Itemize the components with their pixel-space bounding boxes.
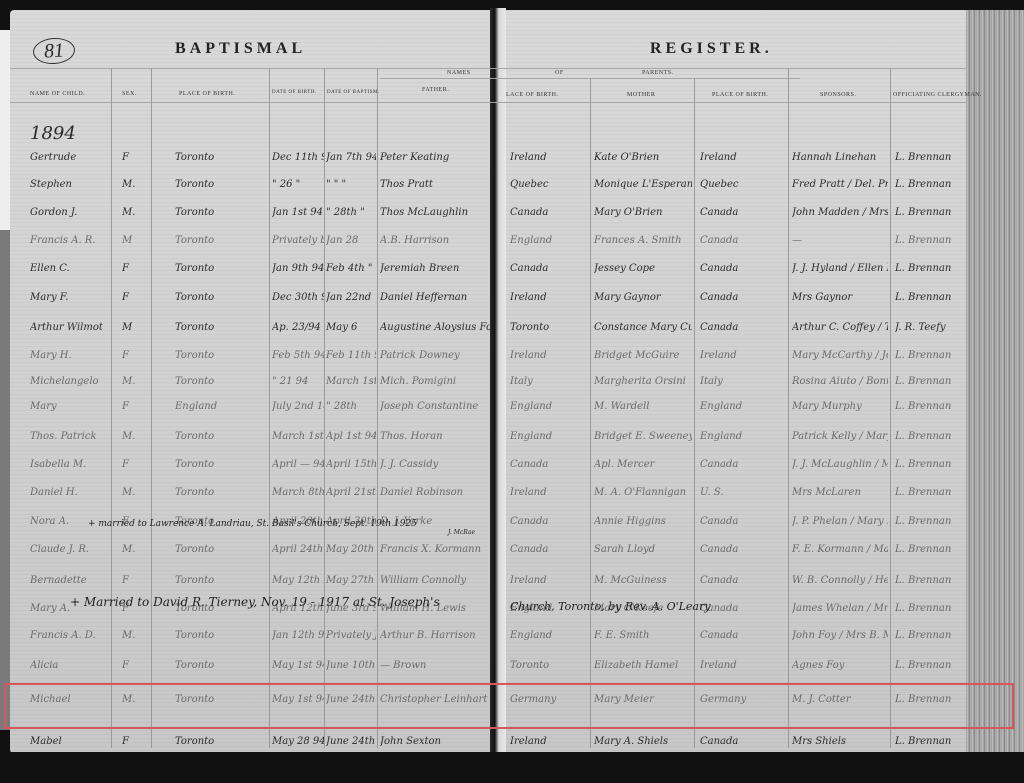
cell-mother-pob: Canada — [700, 263, 786, 274]
table-row: Gordon J.M.TorontoJan 1st 94" 28th "Thos… — [0, 207, 966, 231]
table-row: Francis A. R.MTorontoPrivately baptized … — [0, 235, 966, 259]
marriage-annotation-1: + married to Lawrence A. Landriau, St. B… — [88, 519, 417, 529]
cell-baptism: Apl 1st 94 — [326, 431, 376, 442]
cell-mother-pob: Ireland — [700, 350, 786, 361]
cell-sex: F — [122, 350, 150, 361]
cell-place: Toronto — [175, 207, 267, 218]
cell-sex: M. — [122, 207, 150, 218]
table-row: Isabella M.FTorontoApril — 94April 15th … — [0, 459, 966, 483]
cell-mother-pob: England — [700, 401, 786, 412]
cell-mother: Elizabeth Hamel — [594, 660, 692, 671]
header-sponsors: SPONSORS. — [820, 92, 856, 98]
cell-father: J. J. Cassidy — [380, 459, 490, 470]
cell-mother-pob: England — [700, 431, 786, 442]
page-edges — [966, 10, 1024, 755]
cell-father: Peter Keating — [380, 152, 490, 163]
cell-baptism: May 20th 94 — [326, 544, 376, 555]
header-bottom-rule — [10, 102, 966, 103]
cell-clergyman: L. Brennan — [895, 544, 965, 555]
header-sex: SEX. — [122, 91, 137, 97]
cell-dob: April 24th 94 — [272, 544, 324, 555]
cell-sponsors: James Whelan / Mrs Whelan — [792, 603, 888, 614]
cell-sex: M. — [122, 179, 150, 190]
cell-mother: F. E. Smith — [594, 630, 692, 641]
cell-mother: Annie Higgins — [594, 516, 692, 527]
cell-sponsors: J. J. Hyland / Ellen Breen — [792, 263, 888, 274]
cell-father-pob: Ireland — [510, 575, 588, 586]
cell-clergyman: L. Brennan — [895, 660, 965, 671]
cell-mother-pob: Canada — [700, 544, 786, 555]
cell-clergyman: L. Brennan — [895, 603, 965, 614]
table-row: StephenM.Toronto" 26 "" " "Thos PrattQue… — [0, 179, 966, 203]
cell-clergyman: L. Brennan — [895, 694, 965, 705]
cell-clergyman: L. Brennan — [895, 292, 965, 303]
table-row: Arthur WilmotMTorontoAp. 23/94May 6Augus… — [0, 322, 966, 346]
cell-place: Toronto — [175, 152, 267, 163]
cell-mother: Mary Meier — [594, 694, 692, 705]
cell-father-pob: Ireland — [510, 350, 588, 361]
cell-mother-pob: Ireland — [700, 152, 786, 163]
cell-sponsors: Arthur C. Coffey / Teresa Foy — [792, 322, 888, 333]
cell-sponsors: W. B. Connolly / Henrietta Shiels — [792, 575, 888, 586]
header-officiating-clergyman: OFFICIATING CLERGYMAN. — [893, 92, 982, 98]
cell-dob: Feb 5th 94 — [272, 350, 324, 361]
cell-mother-pob: Canada — [700, 207, 786, 218]
cell-mother-pob: Ireland — [700, 660, 786, 671]
cell-sex: F — [122, 263, 150, 274]
cell-mother-pob: Canada — [700, 630, 786, 641]
cell-father-pob: Canada — [510, 459, 588, 470]
cell-mother: Kate O'Brien — [594, 152, 692, 163]
cell-sponsors: Mrs Gaynor — [792, 292, 888, 303]
marriage-annotation-2-continuation: Church, Toronto, by Rev. A. O'Leary — [510, 600, 710, 613]
cell-child: Arthur Wilmot — [30, 322, 110, 333]
year-heading: 1894 — [30, 123, 76, 144]
table-row: AliciaFTorontoMay 1st 94June 10th 94— Br… — [0, 660, 966, 684]
cell-baptism: June 24th 94 — [326, 694, 376, 705]
title-register: REGISTER. — [650, 40, 773, 58]
cell-father: Daniel Heffernan — [380, 292, 490, 303]
cell-father-pob: Ireland — [510, 152, 588, 163]
cell-clergyman: L. Brennan — [895, 431, 965, 442]
header-mother: MOTHER — [627, 92, 655, 98]
cell-dob: Ap. 23/94 — [272, 322, 324, 333]
cell-dob: March 1st 94 — [272, 431, 324, 442]
header-date-of-birth: DATE OF BIRTH. — [272, 90, 317, 95]
cell-place: Toronto — [175, 322, 267, 333]
cell-sponsors: Mrs McLaren — [792, 487, 888, 498]
cell-place: Toronto — [175, 487, 267, 498]
cell-father: Daniel Robinson — [380, 487, 490, 498]
cell-father: Augustine Aloysius Foy — [380, 322, 490, 333]
cell-baptism: April 21st 94 — [326, 487, 376, 498]
table-row: MaryFEnglandJuly 2nd 1870" 28thJoseph Co… — [0, 401, 966, 425]
cell-father: A.B. Harrison — [380, 235, 490, 246]
table-row: GertrudeFTorontoDec 11th 93Jan 7th 94Pet… — [0, 152, 966, 176]
cell-place: Toronto — [175, 459, 267, 470]
header-place-of-birth: PLACE OF BIRTH. — [179, 91, 235, 97]
cell-father-pob: Canada — [510, 544, 588, 555]
cell-sex: M. — [122, 431, 150, 442]
header-father: FATHER. — [422, 87, 449, 93]
header-date-of-baptism: DATE OF BAPTISM. — [327, 90, 380, 95]
table-row: Claude J. R.M.TorontoApril 24th 94May 20… — [0, 544, 966, 568]
register-book: 81 BAPTISMAL REGISTER. NAMES OF PARENTS.… — [0, 0, 1024, 783]
cell-clergyman: L. Brennan — [895, 516, 965, 527]
cell-child: Mabel — [30, 736, 110, 747]
cell-mother-pob: Canada — [700, 736, 786, 747]
cell-father-pob: Toronto — [510, 660, 588, 671]
cell-child: Daniel H. — [30, 487, 110, 498]
cell-mother: Frances A. Smith — [594, 235, 692, 246]
cell-sex: F — [122, 736, 150, 747]
cell-clergyman: L. Brennan — [895, 376, 965, 387]
cell-baptism: Jan 22nd — [326, 292, 376, 303]
cell-dob: Jan 12th 94 — [272, 630, 324, 641]
cell-dob: May 1st 94 — [272, 694, 324, 705]
cell-baptism: May 6 — [326, 322, 376, 333]
header-father-place-of-birth: LACE OF BIRTH. — [506, 92, 558, 98]
cell-sponsors: Mrs Shiels — [792, 736, 888, 747]
cell-mother: M. A. O'Flannigan — [594, 487, 692, 498]
cell-father-pob: Italy — [510, 376, 588, 387]
cell-father-pob: Ireland — [510, 292, 588, 303]
cell-sponsors: Agnes Foy — [792, 660, 888, 671]
cell-sponsors: M. J. Cotter — [792, 694, 888, 705]
cell-sex: F — [122, 660, 150, 671]
cell-mother-pob: Quebec — [700, 179, 786, 190]
cell-sex: M — [122, 235, 150, 246]
cell-father-pob: Canada — [510, 516, 588, 527]
cell-dob: March 8th 94 — [272, 487, 324, 498]
cell-child: Michelangelo — [30, 376, 110, 387]
cell-mother-pob: Canada — [700, 322, 786, 333]
cell-dob: April — 94 — [272, 459, 324, 470]
cell-mother-pob: Canada — [700, 459, 786, 470]
cell-place: Toronto — [175, 179, 267, 190]
cell-clergyman: L. Brennan — [895, 459, 965, 470]
header-names: NAMES — [447, 70, 471, 76]
cell-clergyman: L. Brennan — [895, 630, 965, 641]
cell-sex: M. — [122, 487, 150, 498]
cell-dob: May 1st 94 — [272, 660, 324, 671]
cell-place: Toronto — [175, 263, 267, 274]
cell-mother-pob: U. S. — [700, 487, 786, 498]
cell-clergyman: L. Brennan — [895, 263, 965, 274]
cell-child: Gertrude — [30, 152, 110, 163]
cell-father: Thos McLaughlin — [380, 207, 490, 218]
cell-baptism: " 28th — [326, 401, 376, 412]
table-row: Mary F.FTorontoDec 30th 93Jan 22ndDaniel… — [0, 292, 966, 316]
cell-dob: Privately baptized by Jan — [272, 235, 324, 246]
cell-sponsors: F. E. Kormann / Marie DuBois — [792, 544, 888, 555]
cell-child: Alicia — [30, 660, 110, 671]
cell-child: Bernadette — [30, 575, 110, 586]
cell-dob: " 21 94 — [272, 376, 324, 387]
cell-father: — Brown — [380, 660, 490, 671]
cell-child: Mary — [30, 401, 110, 412]
cell-mother: Jessey Cope — [594, 263, 692, 274]
cell-dob: Jan 9th 94 — [272, 263, 324, 274]
cell-child: Ellen C. — [30, 263, 110, 274]
cell-sponsors: John Foy / Mrs B. McDonald — [792, 630, 888, 641]
cell-place: Toronto — [175, 694, 267, 705]
cell-clergyman: J. R. Teefy — [895, 322, 965, 333]
cell-father: John Sexton — [380, 736, 490, 747]
cell-clergyman: L. Brennan — [895, 235, 965, 246]
cell-father: Arthur B. Harrison — [380, 630, 490, 641]
cell-father: William Connolly — [380, 575, 490, 586]
cell-clergyman: L. Brennan — [895, 152, 965, 163]
cell-baptism: April 15th 94 — [326, 459, 376, 470]
cell-place: Toronto — [175, 630, 267, 641]
cell-baptism: May 27th 94 — [326, 575, 376, 586]
cell-sponsors: J. P. Phelan / Mary R. Phelan — [792, 516, 888, 527]
cell-sex: F — [122, 575, 150, 586]
cell-sex: M. — [122, 376, 150, 387]
table-row: Daniel H.M.TorontoMarch 8th 94April 21st… — [0, 487, 966, 511]
cell-father: Joseph Constantine — [380, 401, 490, 412]
table-row: MichelangeloM.Toronto" 21 94March 1st 94… — [0, 376, 966, 400]
cell-mother-pob: Canada — [700, 575, 786, 586]
cell-mother-pob: Canada — [700, 603, 786, 614]
cell-place: Toronto — [175, 292, 267, 303]
cell-sex: M. — [122, 544, 150, 555]
cell-place: Toronto — [175, 235, 267, 246]
cell-mother-pob: Canada — [700, 516, 786, 527]
cell-mother: Monique L'Esperance — [594, 179, 692, 190]
cell-mother-pob: Germany — [700, 694, 786, 705]
cell-father-pob: Germany — [510, 694, 588, 705]
cell-father-pob: Ireland — [510, 736, 588, 747]
header-top-rule — [10, 68, 966, 69]
cell-clergyman: L. Brennan — [895, 179, 965, 190]
cell-baptism: " " " — [326, 179, 376, 190]
cell-father-pob: Canada — [510, 263, 588, 274]
table-row: Francis A. D.M.TorontoJan 12th 94Private… — [0, 630, 966, 654]
cell-dob: May 12th 94 — [272, 575, 324, 586]
cell-mother: Apl. Mercer — [594, 459, 692, 470]
cell-sex: F — [122, 292, 150, 303]
cell-mother: Bridget McGuire — [594, 350, 692, 361]
cell-father: Francis X. Kormann — [380, 544, 490, 555]
cell-sex: F — [122, 401, 150, 412]
cell-baptism: Jan 7th 94 — [326, 152, 376, 163]
cell-baptism: June 24th 94 — [326, 736, 376, 747]
cell-child: Francis A. R. — [30, 235, 110, 246]
cell-mother: Mary Gaynor — [594, 292, 692, 303]
cell-sponsors: — — [792, 235, 888, 246]
cell-clergyman: L. Brennan — [895, 736, 965, 747]
cell-sponsors: Mary Murphy — [792, 401, 888, 412]
cell-place: Toronto — [175, 575, 267, 586]
table-row: Ellen C.FTorontoJan 9th 94Feb 4th "Jerem… — [0, 263, 966, 287]
cell-child: Mary F. — [30, 292, 110, 303]
table-row: Mary H.FTorontoFeb 5th 94Feb 11th 94Patr… — [0, 350, 966, 374]
header-name-of-child: NAME OF CHILD. — [30, 91, 85, 97]
cell-father: Patrick Downey — [380, 350, 490, 361]
cell-mother: M. Wardell — [594, 401, 692, 412]
cell-baptism: March 1st 94 — [326, 376, 376, 387]
cell-dob: July 2nd 1870 — [272, 401, 324, 412]
cell-father-pob: Ireland — [510, 487, 588, 498]
cell-sponsors: Rosina Aiuto / Bonnella Caruso — [792, 376, 888, 387]
cell-father-pob: England — [510, 401, 588, 412]
bottom-shadow — [0, 752, 1024, 783]
cell-baptism: " 28th " — [326, 207, 376, 218]
cell-mother-pob: Canada — [700, 235, 786, 246]
cell-sponsors: J. J. McLaughlin / Mrs McLaughlin — [792, 459, 888, 470]
cell-dob: May 28 94 — [272, 736, 324, 747]
marriage-annotation-2: + Married to David R. Tierney, Nov. 19 -… — [70, 595, 440, 609]
cell-mother: Bridget E. Sweeney — [594, 431, 692, 442]
cell-father-pob: Quebec — [510, 179, 588, 190]
cell-sex: M — [122, 322, 150, 333]
cell-baptism: Privately June 28th / Feb 18th 94 — [326, 630, 376, 641]
cell-clergyman: L. Brennan — [895, 207, 965, 218]
cell-place: Toronto — [175, 544, 267, 555]
cell-father-pob: Toronto — [510, 322, 588, 333]
cell-mother: Margherita Orsini — [594, 376, 692, 387]
cell-place: Toronto — [175, 376, 267, 387]
cell-father: Mich. Pomigini — [380, 376, 490, 387]
cell-baptism: Jan 28 — [326, 235, 376, 246]
cell-child: Mary H. — [30, 350, 110, 361]
cell-dob: " 26 " — [272, 179, 324, 190]
header-mother-place-of-birth: PLACE OF BIRTH. — [712, 92, 768, 98]
cell-mother: Sarah Lloyd — [594, 544, 692, 555]
cell-child: Francis A. D. — [30, 630, 110, 641]
cell-mother: M. McGuiness — [594, 575, 692, 586]
cell-father: Thos. Horan — [380, 431, 490, 442]
cell-place: England — [175, 401, 267, 412]
cell-sponsors: Patrick Kelly / Mary Lindon — [792, 431, 888, 442]
table-row: Thos. PatrickM.TorontoMarch 1st 94Apl 1s… — [0, 431, 966, 455]
cell-child: Gordon J. — [30, 207, 110, 218]
cell-mother-pob: Canada — [700, 292, 786, 303]
marriage-annotation-1-extra: J. McRae — [448, 529, 475, 536]
cell-mother: Mary O'Brien — [594, 207, 692, 218]
cell-sponsors: Hannah Linehan — [792, 152, 888, 163]
cell-baptism: June 10th 94 — [326, 660, 376, 671]
cell-place: Toronto — [175, 660, 267, 671]
cell-child: Claude J. R. — [30, 544, 110, 555]
cell-place: Toronto — [175, 431, 267, 442]
cell-mother: Mary A. Shiels — [594, 736, 692, 747]
cell-clergyman: L. Brennan — [895, 350, 965, 361]
cell-father: Jeremiah Breen — [380, 263, 490, 274]
cell-child: Isabella M. — [30, 459, 110, 470]
cell-dob: Jan 1st 94 — [272, 207, 324, 218]
cell-child: Stephen — [30, 179, 110, 190]
cell-mother-pob: Italy — [700, 376, 786, 387]
header-of: OF — [555, 70, 564, 76]
cell-sex: F — [122, 459, 150, 470]
cell-dob: Dec 30th 93 — [272, 292, 324, 303]
cell-baptism: Feb 11th 94 — [326, 350, 376, 361]
title-baptismal: BAPTISMAL — [175, 40, 306, 58]
cell-sponsors: Mary McCarthy / Joseph O'Neill — [792, 350, 888, 361]
cell-clergyman: L. Brennan — [895, 401, 965, 412]
cell-dob: Dec 11th 93 — [272, 152, 324, 163]
cell-mother: Constance Mary Cumberland — [594, 322, 692, 333]
cell-child: Thos. Patrick — [30, 431, 110, 442]
cell-father-pob: England — [510, 235, 588, 246]
cell-sponsors: John Madden / Mrs O'Brien — [792, 207, 888, 218]
table-row: MichaelM.TorontoMay 1st 94June 24th 94Ch… — [0, 694, 966, 718]
cell-father: Christopher Leinhart — [380, 694, 490, 705]
cell-clergyman: L. Brennan — [895, 487, 965, 498]
cell-place: Toronto — [175, 736, 267, 747]
cell-father: Thos Pratt — [380, 179, 490, 190]
cell-child: Michael — [30, 694, 110, 705]
cell-father-pob: England — [510, 630, 588, 641]
cell-sex: F — [122, 152, 150, 163]
cell-sex: M. — [122, 630, 150, 641]
header-parents: PARENTS. — [642, 70, 674, 76]
cell-baptism: Feb 4th " — [326, 263, 376, 274]
cell-father-pob: Canada — [510, 207, 588, 218]
cell-sponsors: Fred Pratt / Del. Pratt — [792, 179, 888, 190]
cell-clergyman: L. Brennan — [895, 575, 965, 586]
cell-place: Toronto — [175, 350, 267, 361]
cell-father-pob: England — [510, 431, 588, 442]
cell-sex: M. — [122, 694, 150, 705]
